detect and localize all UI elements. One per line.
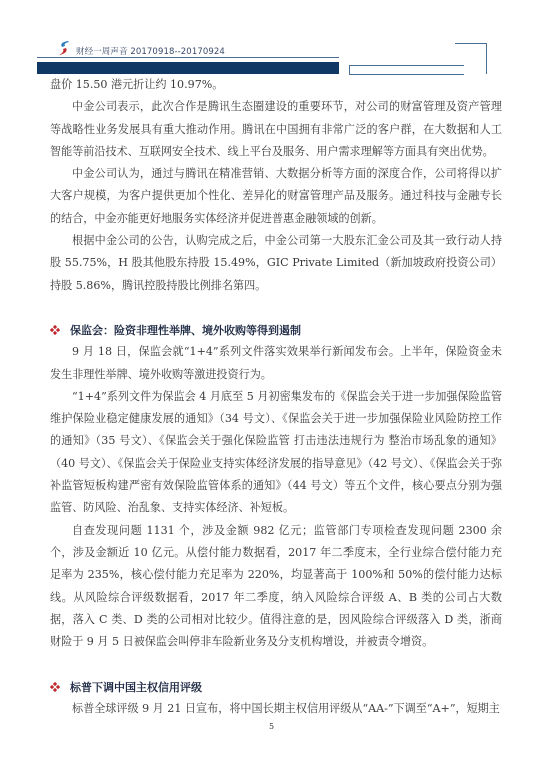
paragraph: 自查发现问题 1131 个，涉及金额 982 亿元；监管部门专项检查发现问题 2… xyxy=(50,520,502,654)
red-diamond-bullet-icon xyxy=(50,325,60,335)
document-body: 盘价 15.50 港元折让约 10.97%。 中金公司表示，此次合作是腾讯生态圈… xyxy=(50,74,502,720)
header-rule xyxy=(37,57,339,58)
paragraph: 中金公司表示，此次合作是腾讯生态圈建设的重要环节，对公司的财富管理及资产管理等战… xyxy=(50,96,502,163)
section-heading-sp-rating: 标普下调中国主权信用评级 xyxy=(50,675,502,697)
paragraph: “1+4”系列文件为保监会 4 月底至 5 月初密集发布的《保监会关于进一步加强… xyxy=(50,386,502,520)
paragraph: 中金公司认为，通过与腾讯在精准营销、大数据分析等方面的深度合作，公司将得以扩大客… xyxy=(50,163,502,230)
section-heading-circ: 保监会：险资非理性举牌、境外收购等得到遏制 xyxy=(50,319,502,341)
header-bar xyxy=(37,62,339,74)
header-title: 财经一周声音 20170918--20170924 xyxy=(76,45,225,57)
red-diamond-bullet-icon xyxy=(50,682,60,692)
paragraph: 标普全球评级 9 月 21 日宣布，将中国长期主权信用评级从“AA-”下调至“A… xyxy=(50,698,502,720)
paragraph: 根据中金公司的公告，认购完成之后，中金公司第一大股东汇金公司及其一致行动人持股 … xyxy=(50,230,502,297)
stylized-s-logo-icon xyxy=(56,40,72,56)
paragraph-continuation: 盘价 15.50 港元折让约 10.97%。 xyxy=(50,74,502,96)
section-title: 保监会：险资非理性举牌、境外收购等得到遏制 xyxy=(70,322,301,338)
section-title: 标普下调中国主权信用评级 xyxy=(70,679,202,695)
paragraph: 9 月 18 日，保监会就“1+4”系列文件落实效果举行新闻发布会。上半年，保险… xyxy=(50,341,502,386)
page-number: 5 xyxy=(0,722,543,731)
page-header: 财经一周声音 20170918--20170924 xyxy=(0,0,543,80)
